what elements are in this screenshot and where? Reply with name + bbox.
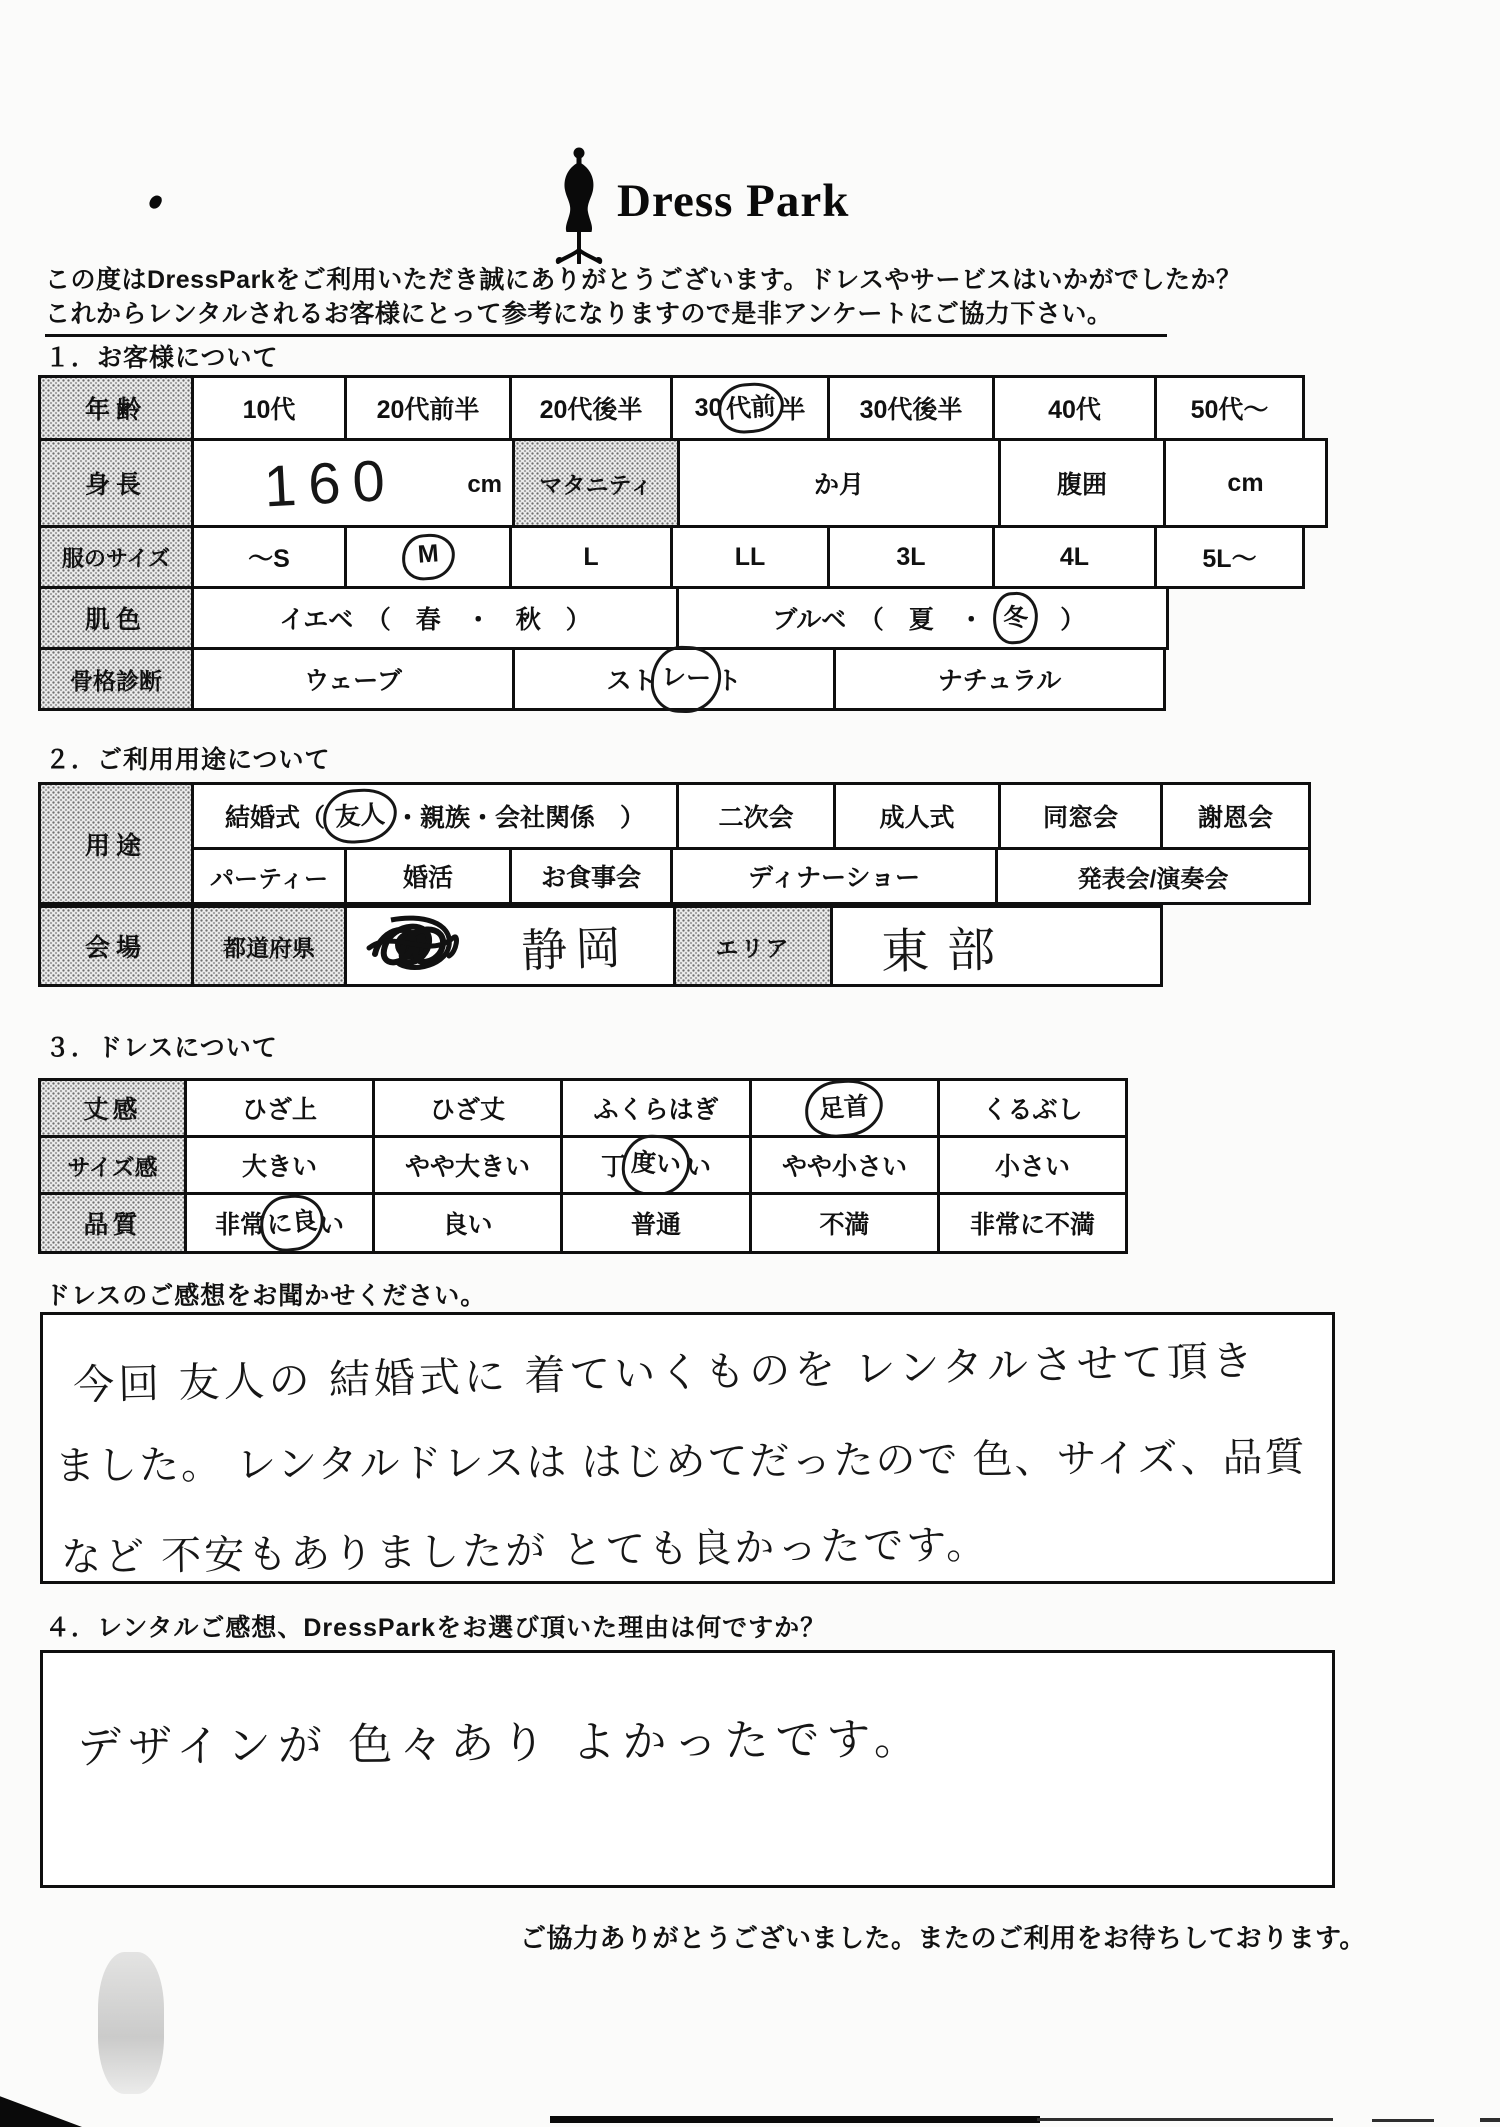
section1-title: １．お客様について [45,338,279,374]
height-unit: cm [467,471,502,499]
fit-option-cell: 丁度いい [560,1135,752,1195]
age-option-cell: 20代前半 [344,375,512,441]
size-option-cell: ～S [191,525,347,589]
dress-feedback-prompt: ドレスのご感想をお聞かせください。 [45,1276,486,1312]
purpose-option-cell: 二次会 [676,782,836,850]
length-option-cell: くるぶし [937,1078,1128,1138]
prefecture-handwritten-value: 静岡 [520,911,630,981]
intro-line-1: この度はDressParkをご利用いただき誠にありがとうございます。ドレスやサー… [45,260,1241,296]
purpose-option-cell: 発表会/演奏会 [995,847,1311,905]
quality-option-text: 非常 [215,1205,265,1241]
purpose-label-cell: 用途 [38,782,194,905]
skin-yellow-cell: イエベ （ 春 ・ 秋 ） [191,586,679,650]
frame-label-cell: 骨格診断 [38,647,194,711]
skin-label-cell: 肌色 [38,586,194,650]
section2-title: ２．ご利用用途について [45,740,331,776]
skin-blue-text: ブルベ （ 夏 ・ [760,600,997,636]
clothing-size-row: 服のサイズ ～S M L LL 3L 4L 5L～ [38,525,1328,589]
height-label-cell: 身長 [38,438,194,528]
area-answer-cell: 東部 [830,905,1163,987]
skin-tone-row: 肌色 イエベ （ 春 ・ 秋 ） ブルベ （ 夏 ・ 冬 ） [38,586,1328,650]
age-option-cell: 40代 [992,375,1157,441]
purpose-option-cell: ディナーショー [670,847,998,905]
purpose-row-2: パーティー 婚活 お食事会 ディナーショー 発表会/演奏会 [191,847,1311,905]
age-label-cell: 年齢 [38,375,194,441]
selection-circle: 足首 [804,1077,886,1139]
months-cell: か月 [677,438,1001,528]
selection-circle: 度い [620,1133,691,1197]
scan-bottom-dot [1480,2118,1500,2122]
quality-label-cell: 品質 [38,1192,187,1254]
waist-label-cell: 腹囲 [998,438,1166,528]
purpose-option-cell: 同窓会 [998,782,1163,850]
length-option-cell: ふくらはぎ [560,1078,752,1138]
frame-type-row: 骨格診断 ウェーブ ストレート ナチュラル [38,647,1328,711]
purpose-row-1: 結婚式（ 友人 ・親族・会社関係 ） 二次会 成人式 同窓会 謝恩会 [191,782,1311,850]
frame-option-cell: ウェーブ [191,647,515,711]
age-option-cell: 20代後半 [509,375,673,441]
age-row: 年齢 10代 20代前半 20代後半 30代前半 30代後半 40代 50代～ [38,375,1328,441]
quality-option-cell: 普通 [560,1192,752,1254]
selection-circle: 冬 [991,590,1040,645]
fit-option-cell: 大きい [184,1135,375,1195]
feedback-handwritten-line: 今回 友人の 結婚式に 着ていくものを レンタルさせて頂き [73,1326,1333,1411]
scanned-questionnaire-page: { "logo": { "text": "Dress Park", "icon"… [0,0,1500,2127]
length-option-cell: ひざ丈 [372,1078,563,1138]
frame-option-cell: ストレート [512,647,836,711]
purpose-options: 結婚式（ 友人 ・親族・会社関係 ） 二次会 成人式 同窓会 謝恩会 パーティー… [191,782,1311,905]
size-option-cell: 4L [992,525,1157,589]
size-option-cell: M [344,525,512,589]
length-label-cell: 丈感 [38,1078,187,1138]
wedding-text: 結婚式（ [225,798,325,834]
quality-option-cell: 良い [372,1192,563,1254]
feedback-handwritten-line: ました。 レンタルドレスは はじめてだったので 色、サイズ、品質 [55,1426,1332,1492]
fit-label-cell: サイズ感 [38,1135,187,1195]
age-option-cell: 30代前半 [670,375,830,441]
skin-blue-cell: ブルベ （ 夏 ・ 冬 ） [676,586,1169,650]
fit-option-cell: やや大きい [372,1135,563,1195]
selection-circle: レー [650,644,722,713]
height-value-cell: 160 cm [191,438,515,528]
logo: Dress Park [553,146,849,269]
age-option-cell: 50代～ [1154,375,1305,441]
purpose-option-cell: 成人式 [833,782,1001,850]
purpose-option-cell: 婚活 [344,847,512,905]
dress-feedback-box: 今回 友人の 結婚式に 着ていくものを レンタルさせて頂き ました。 レンタルド… [40,1312,1335,1584]
quality-option-cell: 非常に良い [184,1192,375,1254]
selection-circle: M [400,532,456,582]
size-option-cell: 5L～ [1154,525,1305,589]
usage-table: 用途 結婚式（ 友人 ・親族・会社関係 ） 二次会 成人式 同窓会 謝恩会 パー… [38,782,1311,987]
dress-table: 丈感 ひざ上 ひざ丈 ふくらはぎ 足首 くるぶし サイズ感 大きい やや大きい … [38,1078,1128,1254]
prefecture-label-cell: 都道府県 [191,905,347,987]
scan-bottom-line [550,2116,1040,2123]
closing-message: ご協力ありがとうございました。またのご利用をお待ちしております。 [520,1918,1366,1955]
logo-text: Dress Park [617,174,849,228]
scan-corner-artifact [0,2086,82,2127]
frame-option-cell: ナチュラル [833,647,1166,711]
scan-speck [148,193,164,210]
length-row: 丈感 ひざ上 ひざ丈 ふくらはぎ 足首 くるぶし [38,1078,1128,1138]
skin-blue-text: ） [1035,600,1085,636]
purpose-rows: 用途 結婚式（ 友人 ・親族・会社関係 ） 二次会 成人式 同窓会 謝恩会 パー… [38,782,1311,905]
fit-option-cell: 小さい [937,1135,1128,1195]
length-option-cell: ひざ上 [184,1078,375,1138]
fit-option-cell: やや小さい [749,1135,940,1195]
age-option-text: 半 [780,390,805,426]
customer-table: 年齢 10代 20代前半 20代後半 30代前半 30代後半 40代 50代～ … [38,375,1328,711]
area-handwritten-value: 東部 [880,910,1013,981]
selection-circle: に良 [257,1192,327,1254]
venue-row: 会場 都道府県 静岡 エリア 東部 [38,905,1311,987]
section3-title: ３．ドレスについて [45,1028,278,1064]
frame-option-text: スト [606,661,656,697]
selection-circle: 代前 [717,381,786,435]
selection-circle: 友人 [321,786,399,845]
fit-row: サイズ感 大きい やや大きい 丁度いい やや小さい 小さい [38,1135,1128,1195]
age-option-cell: 30代後半 [827,375,995,441]
quality-option-cell: 非常に不満 [937,1192,1128,1254]
prefecture-answer-cell: 静岡 [344,905,676,987]
scan-smudge [98,1952,164,2094]
size-option-cell: 3L [827,525,995,589]
quality-row: 品質 非常に良い 良い 普通 不満 非常に不満 [38,1192,1128,1254]
size-label-cell: 服のサイズ [38,525,194,589]
scribbled-out-text [361,912,509,985]
wedding-text: ・親族・会社関係 ） [395,798,645,834]
venue-label-cell: 会場 [38,905,194,987]
purpose-option-cell: パーティー [191,847,347,905]
section4-title: ４．レンタルご感想、DressParkをお選び頂いた理由は何ですか？ [45,1608,826,1644]
height-row: 身長 160 cm マタニティ か月 腹囲 cm [38,438,1328,528]
age-option-cell: 10代 [191,375,347,441]
quality-option-cell: 不満 [749,1192,940,1254]
purpose-wedding-cell: 結婚式（ 友人 ・親族・会社関係 ） [191,782,679,850]
reason-handwritten-line: デザインが 色々あり よかったです。 [77,1698,1333,1775]
length-option-cell: 足首 [749,1078,940,1138]
waist-unit-cell: cm [1163,438,1328,528]
feedback-handwritten-line: など 不安もありましたが とても良かったです。 [61,1508,1333,1583]
scan-bottom-line-thin [1037,2118,1333,2121]
height-handwritten-value: 160 [262,446,398,520]
reason-answer-box: デザインが 色々あり よかったです。 [40,1650,1335,1888]
intro-line-2: これからレンタルされるお客様にとって参考になりますので是非アンケートにご協力下さ… [45,294,1167,337]
maternity-cell: マタニティ [512,438,680,528]
area-label-cell: エリア [673,905,833,987]
purpose-option-cell: 謝恩会 [1160,782,1311,850]
dress-form-mannequin-icon [553,146,605,269]
size-option-cell: LL [670,525,830,589]
purpose-option-cell: お食事会 [509,847,673,905]
size-option-cell: L [509,525,673,589]
scan-bottom-dash [1372,2119,1434,2122]
